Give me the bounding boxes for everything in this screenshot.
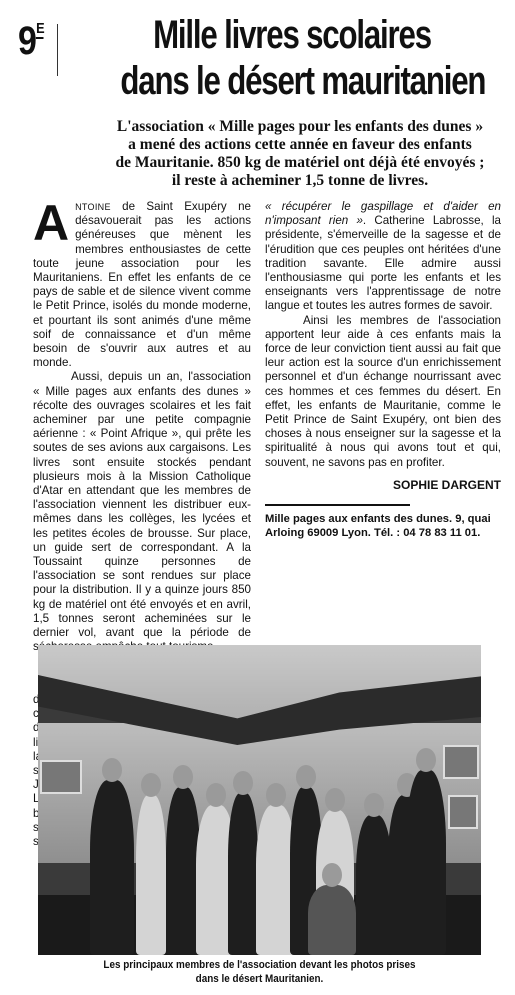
headline: Mille livres scolaires dans le désert ma…: [72, 12, 512, 104]
wall-frame: [443, 745, 479, 779]
person: [228, 793, 258, 955]
section-number: 9: [18, 19, 36, 63]
paragraph-1: ANTOINE de Saint Exupéry ne désavouerait…: [33, 200, 251, 370]
paragraph-3-end: . Catherine Labrosse, la présidente, s'é…: [265, 214, 501, 312]
person: [90, 780, 134, 955]
caption-line: Les principaux membres de l'association …: [60, 958, 459, 972]
address-divider: [265, 504, 410, 506]
photo-people: [78, 745, 448, 955]
standfirst-line: de Mauritanie. 850 kg de matériel ont dé…: [90, 154, 510, 172]
rubric-divider: [57, 24, 58, 76]
group-photo: [38, 645, 481, 955]
standfirst: L'association « Mille pages pour les enf…: [90, 118, 510, 190]
contact-address: Mille pages aux enfants des dunes. 9, qu…: [265, 512, 501, 540]
article-column-right: « récupérer le gaspillage et d'aider en …: [265, 200, 501, 540]
standfirst-line: il reste à acheminer 1,5 tonne de livres…: [90, 172, 510, 190]
wall-frame: [448, 795, 478, 829]
paragraph-2: Aussi, depuis un an, l'association « Mil…: [33, 370, 251, 654]
person: [136, 795, 166, 955]
paragraph-3-continued: « récupérer le gaspillage et d'aider en …: [265, 200, 501, 314]
headline-line-2: dans le désert mauritanien: [120, 58, 463, 104]
section-rubric: 9E: [18, 20, 44, 62]
headline-line-1: Mille livres scolaires: [120, 12, 463, 58]
lead-smallcaps: NTOINE: [75, 202, 111, 212]
standfirst-line: a mené des actions cette année en faveur…: [90, 136, 510, 154]
person: [356, 815, 392, 955]
section-suffix: E: [36, 20, 44, 39]
photo-caption: Les principaux membres de l'association …: [60, 958, 459, 986]
person: [406, 770, 446, 955]
person-seated: [308, 885, 356, 955]
drop-cap: A: [33, 202, 69, 244]
wall-frame: [40, 760, 82, 794]
standfirst-line: L'association « Mille pages pour les enf…: [90, 118, 510, 136]
person: [166, 787, 200, 955]
caption-line: dans le désert Mauritanien.: [60, 972, 459, 986]
paragraph-4: Ainsi les membres de l'association appor…: [265, 314, 501, 470]
author-signature: SOPHIE DARGENT: [265, 478, 501, 492]
